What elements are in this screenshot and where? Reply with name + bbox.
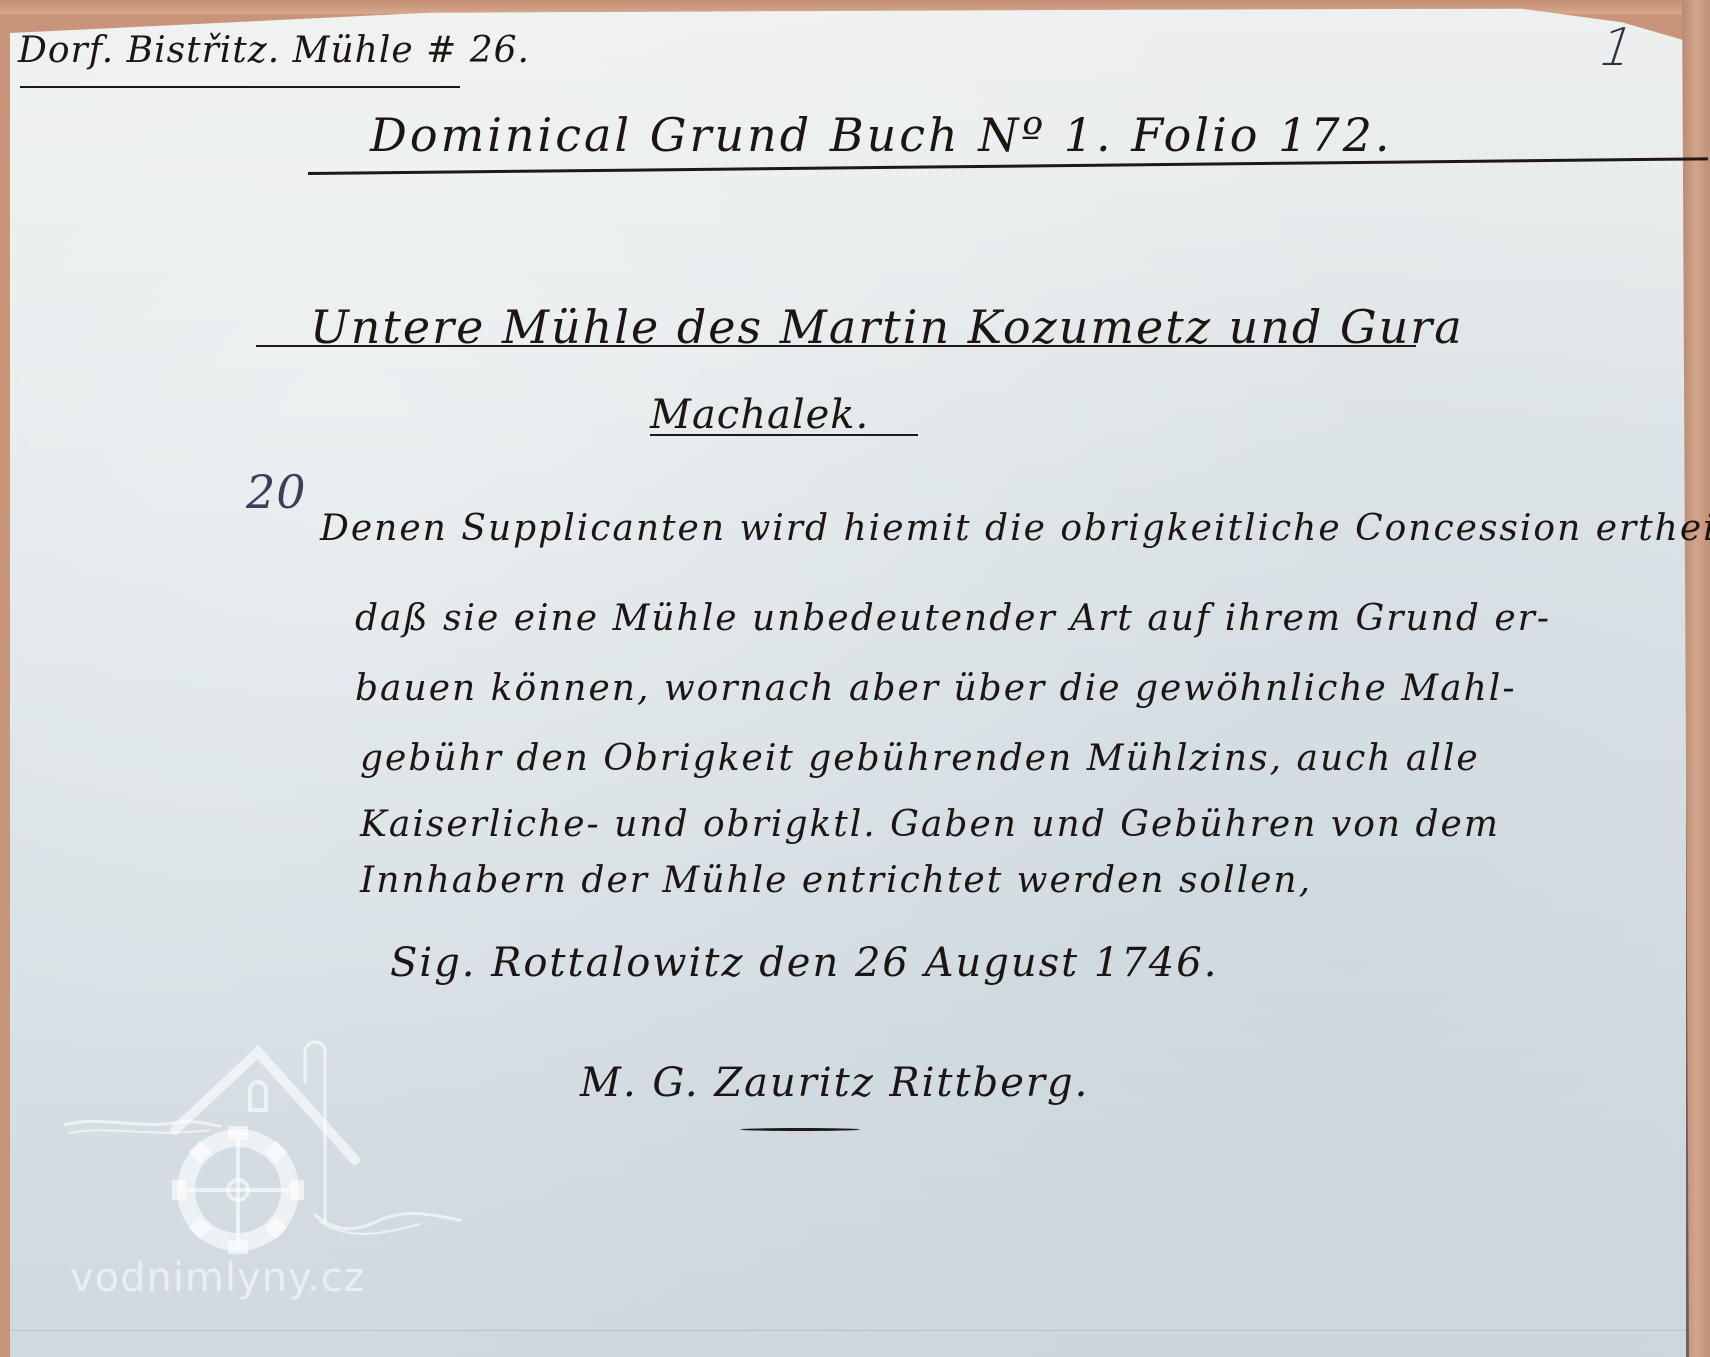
header-reference-underline (20, 86, 460, 88)
body-line: Kaiserliche- und obrigktl. Gaben und Geb… (360, 804, 1500, 845)
register-title: Dominical Grund Buch Nº 1. Folio 172. (370, 108, 1393, 162)
body-line: Innhabern der Mühle entrichtet werden so… (360, 860, 1312, 901)
body-line: daß sie eine Mühle unbedeutender Art auf… (355, 598, 1551, 639)
entry-title-continued-underline (650, 434, 918, 436)
watermill-logo-icon (60, 1030, 480, 1260)
entry-title-continued: Machalek. (650, 392, 869, 438)
signature-flourish (740, 1128, 860, 1131)
watermark-text: vodnimlyny.cz (70, 1255, 366, 1301)
watermark: vodnimlyny.cz (60, 1030, 480, 1340)
entry-title-underline (256, 345, 1416, 347)
marginal-number: 20 (246, 465, 307, 519)
date-line: Sig. Rottalowitz den 26 August 1746. (390, 940, 1218, 986)
signature: M. G. Zauritz Rittberg. (580, 1060, 1089, 1106)
body-line: gebühr den Obrigkeit gebührenden Mühlzin… (360, 738, 1480, 779)
body-line: bauen können, wornach aber über die gewö… (355, 668, 1516, 709)
header-reference: Dorf. Bistřitz. Mühle # 26. (18, 30, 530, 71)
body-line: Denen Supplicanten wird hiemit die obrig… (320, 508, 1710, 549)
